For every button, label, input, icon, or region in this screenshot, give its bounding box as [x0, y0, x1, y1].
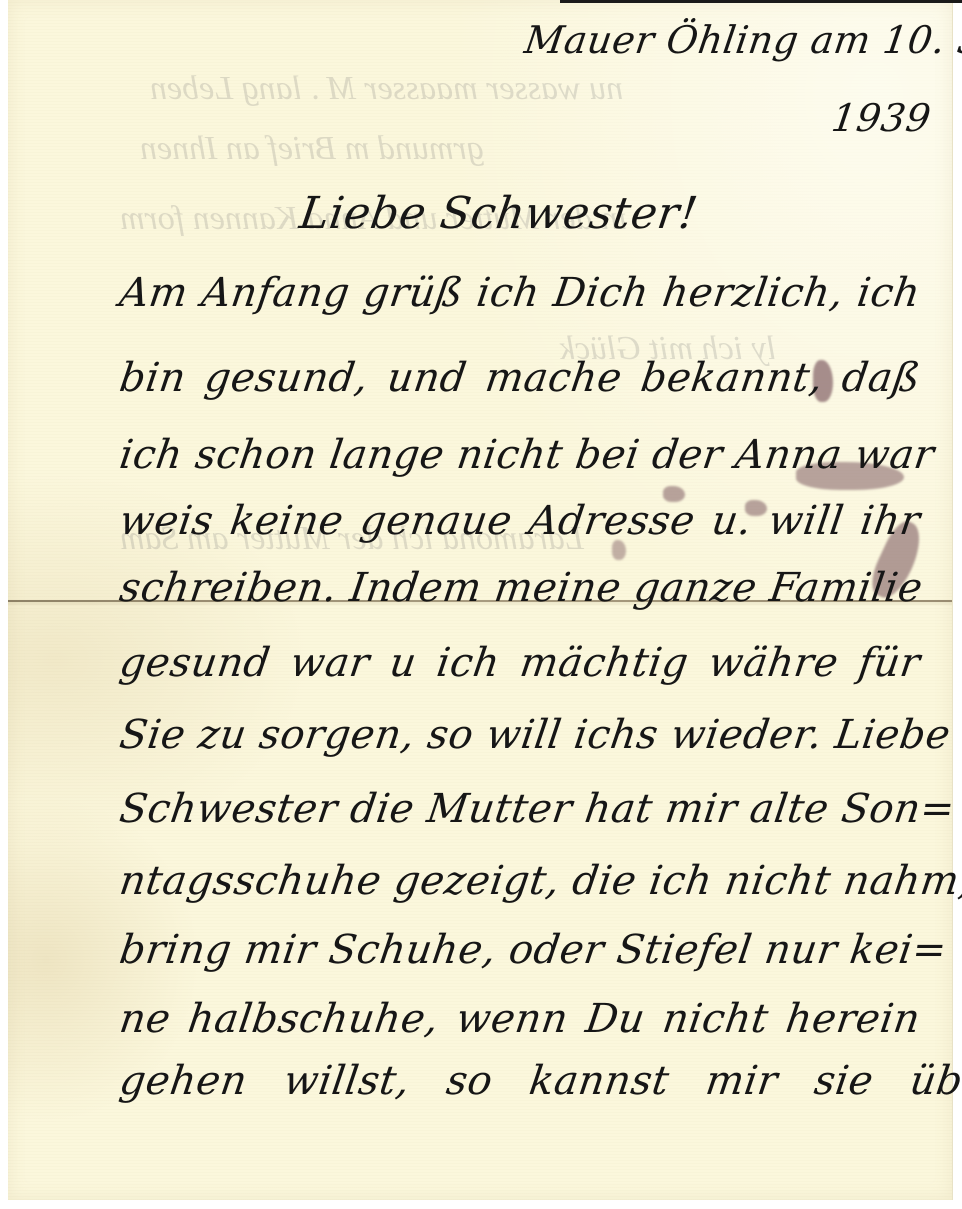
body-line: gehen willst, so kannst mir sie über [117, 1058, 883, 1104]
salutation: Liebe Schwester! [296, 188, 701, 239]
body-line: weis keine genaue Adresse u. will ihr [117, 498, 923, 544]
body-line: ich schon lange nicht bei der Anna war [117, 432, 923, 478]
body-line: bin gesund, und mache bekannt, daß [117, 355, 923, 401]
body-line: ne halbschuhe, wenn Du nicht herein [117, 996, 923, 1042]
body-line: bring mir Schuhe, oder Stiefel nur kei= [117, 927, 923, 973]
body-line: gesund war u ich mächtig währe für [117, 640, 923, 686]
bleed-through-text: grmund m Brief an Ihnen [140, 130, 484, 168]
place-date: Mauer Öhling am 10. 5 [522, 18, 962, 62]
bleed-through-text: nu wasser maasser M . lang Leben [150, 70, 623, 108]
body-line: Am Anfang grüß ich Dich herzlich, ich [117, 270, 923, 316]
body-line: Sie zu sorgen, so will ichs wieder. Lieb… [117, 712, 923, 758]
year: 1939 [829, 96, 934, 140]
scan-top-edge [560, 0, 962, 3]
body-line: schreiben. Indem meine ganze Familie [117, 565, 923, 611]
body-line: Schwester die Mutter hat mir alte Son= [117, 786, 923, 832]
body-line: ntagsschuhe gezeigt, die ich nicht nahm, [117, 858, 923, 904]
